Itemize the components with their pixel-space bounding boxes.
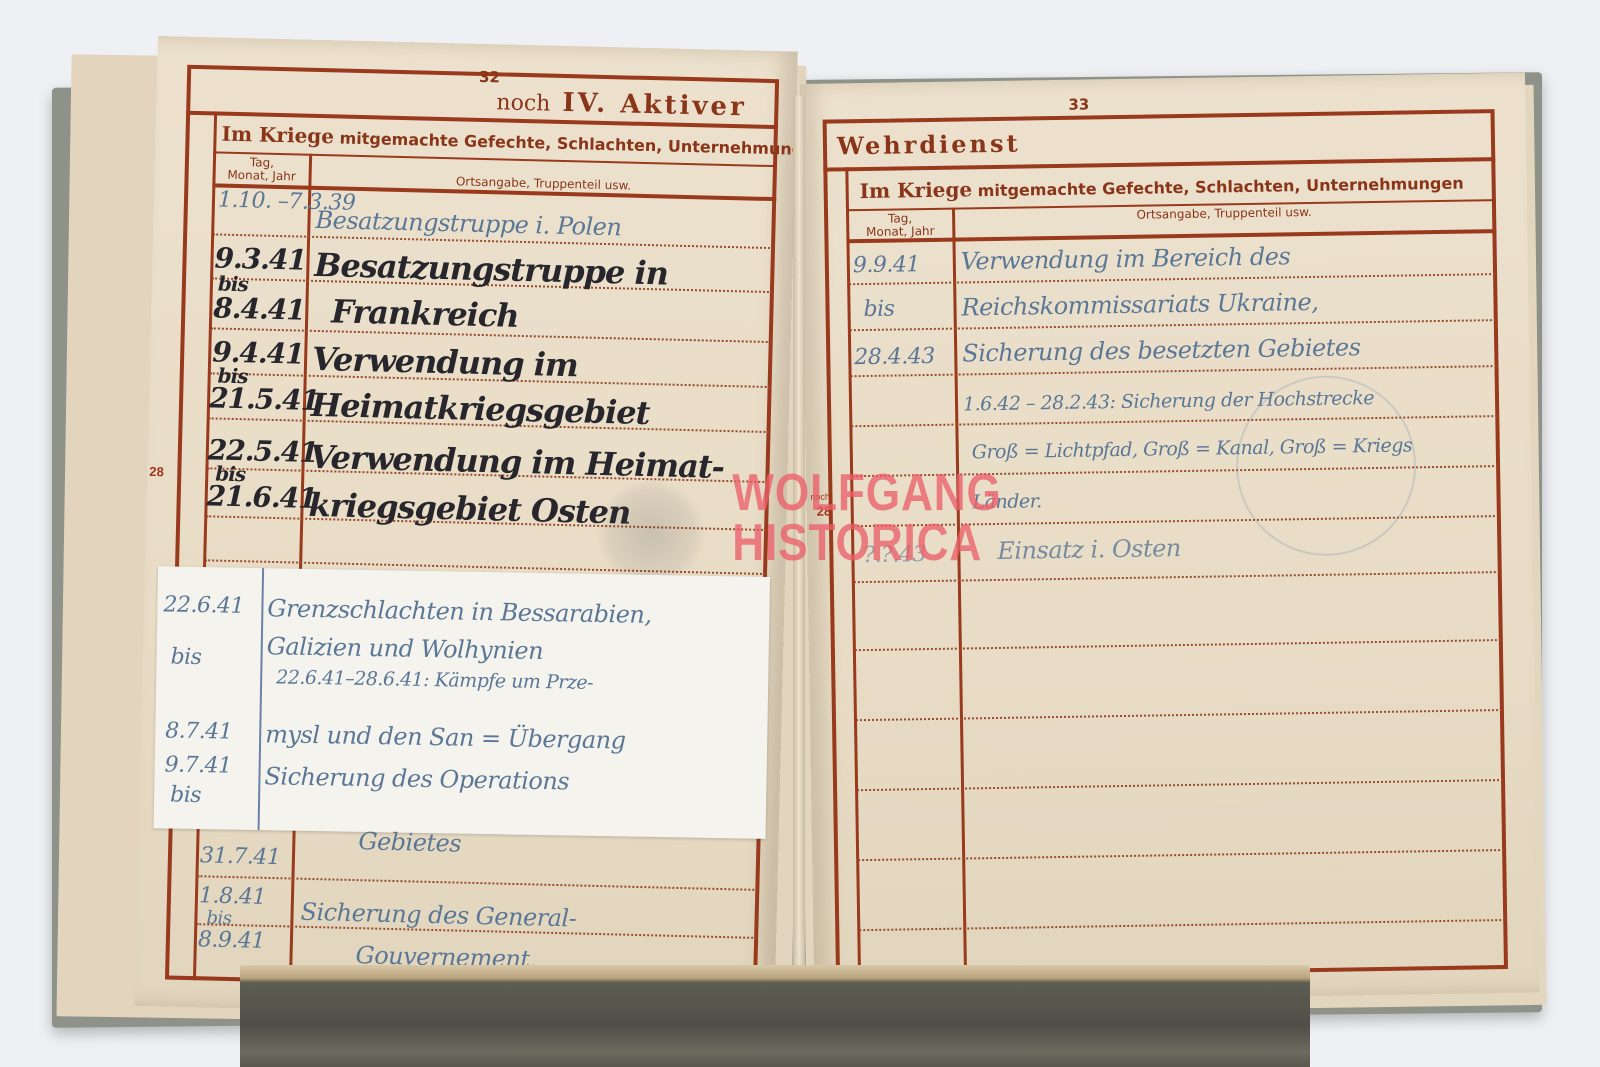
section-title: noch IV. Aktiver	[496, 86, 747, 122]
entry-text: Verwendung im Bereich des	[961, 242, 1291, 275]
slip-text: mysl und den San = Übergang	[265, 720, 626, 754]
entry-date-bis: bis	[206, 907, 232, 929]
slip-bis: bis	[170, 645, 201, 671]
entry-date: 28.4.43	[854, 344, 935, 370]
slip-text: Grenzschlachten in Bessarabien,	[267, 594, 652, 629]
section-title-prefix: noch	[496, 90, 551, 116]
left-page: 32 noch IV. Aktiver Im Kriege mitgemacht…	[134, 36, 798, 1021]
entry-text: Reichskommissariats Ukraine,	[961, 288, 1318, 322]
section-title: Wehrdienst	[837, 129, 1021, 161]
margin-mark: 28	[149, 464, 164, 479]
entry-date: bis	[863, 297, 894, 322]
heading-lead: Im Kriege	[221, 122, 334, 149]
slip-text: Galizien und Wolhynien	[267, 632, 544, 665]
watermark-line2: HISTORICA	[732, 518, 962, 568]
slip-column-line	[258, 568, 265, 830]
page-number: 32	[479, 68, 500, 87]
book-binding-foreground	[240, 965, 1310, 1067]
slip-bis: bis	[170, 783, 201, 809]
entry-date-from: 1.8.41	[199, 883, 267, 910]
slip-text: 22.6.41–28.6.41: Kämpfe um Prze-	[276, 666, 593, 694]
entry-text-line2: kriegsgebiet Osten	[308, 486, 631, 532]
entry-date-to: 8.9.41	[198, 927, 266, 954]
entry-date-to: 8.4.41	[213, 291, 305, 326]
entry-date-to: 21.6.41	[206, 479, 317, 515]
section-title-main: IV. Aktiver	[562, 88, 747, 122]
watermark: WOLFGANG HISTORICA	[732, 468, 962, 568]
entry-text: Einsatz i. Osten	[997, 534, 1181, 565]
slip-text: Sicherung des Operations	[264, 762, 569, 795]
col-header-date: Tag, Monat, Jahr	[848, 212, 952, 240]
page-number: 33	[1068, 95, 1089, 113]
entry-text-line2: Frankreich	[331, 292, 519, 335]
slip-date: 22.6.41	[163, 592, 244, 618]
heading-lead: Im Kriege	[860, 177, 973, 203]
entry-date-to: 21.5.41	[209, 381, 320, 417]
watermark-line1: WOLFGANG	[732, 468, 962, 518]
slip-date: 9.7.41	[164, 752, 231, 778]
slip-date: 8.7.41	[165, 718, 232, 744]
col-header-date: Tag, Monat, Jahr	[214, 155, 309, 183]
slip-text-continued: Gebietes	[358, 827, 461, 858]
photograph: 32 noch IV. Aktiver Im Kriege mitgemacht…	[0, 0, 1600, 1067]
entry-date-end: 31.7.41	[200, 843, 281, 870]
entry-text-line1: Verwendung im	[312, 340, 579, 384]
entry-date: 9.9.41	[853, 252, 920, 278]
col-header-date-line2: Monat, Jahr	[214, 168, 308, 183]
pasted-paper-slip: 22.6.41 bis 8.7.41 9.7.41 bis Grenzschla…	[154, 566, 770, 839]
